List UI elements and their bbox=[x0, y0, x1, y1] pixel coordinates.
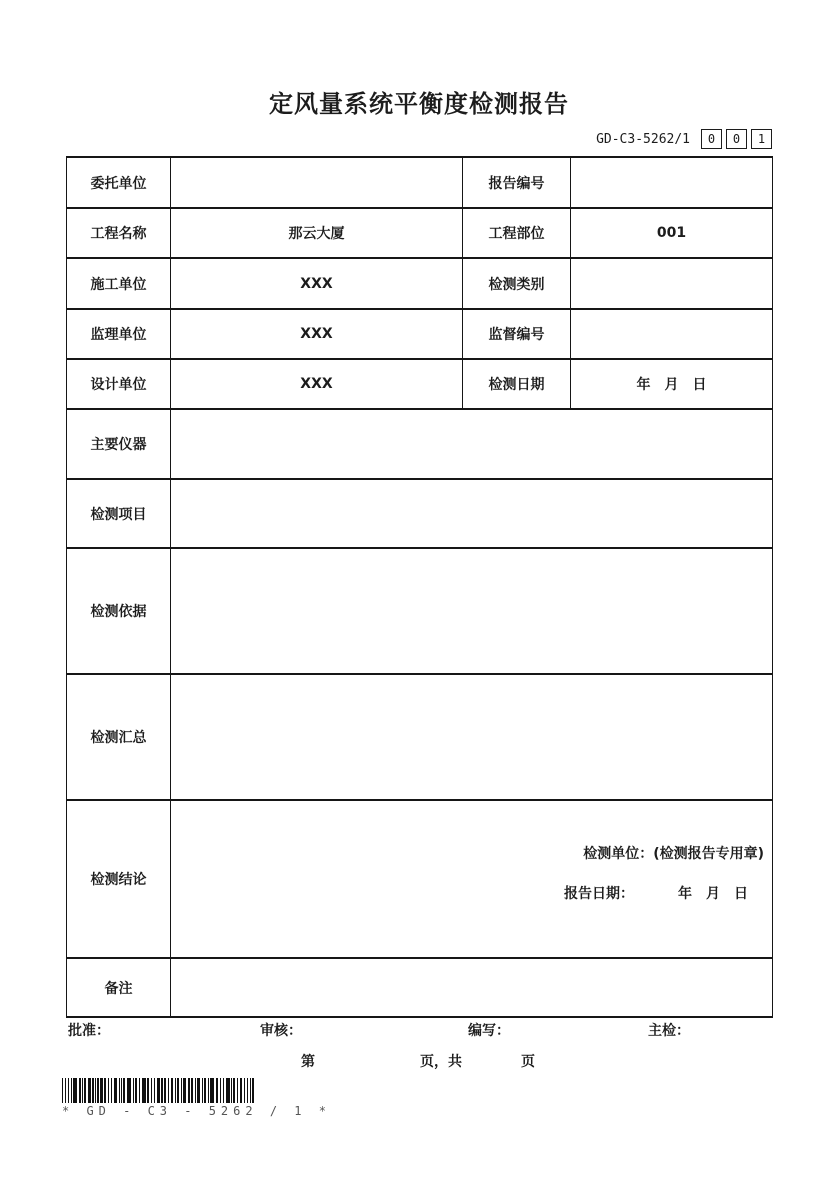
form-code-line: GD-C3-5262/1 0 0 1 bbox=[596, 129, 772, 149]
report-form-table: 委托单位 报告编号 工程名称 那云大厦 工程部位 001 施工单位 XXX 检测… bbox=[66, 156, 773, 1018]
barcode-bars bbox=[62, 1078, 331, 1103]
label-project-name: 工程名称 bbox=[67, 208, 171, 258]
field-main-instruments[interactable] bbox=[171, 409, 773, 479]
testing-unit-stamp-line: 检测单位：(检测报告专用章) bbox=[583, 843, 764, 863]
page-suffix: 页 bbox=[521, 1051, 535, 1071]
form-code-text: GD-C3-5262/1 bbox=[596, 132, 690, 147]
review-label: 审核： bbox=[260, 1020, 302, 1040]
approve-label: 批准： bbox=[68, 1020, 110, 1040]
field-test-conclusion[interactable]: 检测单位：(检测报告专用章) 报告日期：年 月 日 bbox=[171, 800, 773, 958]
label-supervision-unit: 监理单位 bbox=[67, 309, 171, 359]
document-page: 定风量系统平衡度检测报告 GD-C3-5262/1 0 0 1 委托单位 报告编… bbox=[0, 0, 838, 1186]
field-test-items[interactable] bbox=[171, 479, 773, 548]
field-remarks[interactable] bbox=[171, 958, 773, 1017]
table-row: 检测依据 bbox=[67, 548, 773, 674]
field-test-basis[interactable] bbox=[171, 548, 773, 674]
barcode-text: * GD - C3 - 5262 / 1 * bbox=[62, 1104, 331, 1118]
field-design-unit[interactable]: XXX bbox=[171, 359, 463, 409]
table-row: 检测汇总 bbox=[67, 674, 773, 800]
inspect-label: 主检： bbox=[648, 1020, 690, 1040]
label-client-unit: 委托单位 bbox=[67, 157, 171, 208]
report-date-value: 年 月 日 bbox=[678, 886, 748, 902]
table-row: 施工单位 XXX 检测类别 bbox=[67, 258, 773, 309]
field-test-category[interactable] bbox=[571, 258, 773, 309]
label-project-part: 工程部位 bbox=[463, 208, 571, 258]
field-test-summary[interactable] bbox=[171, 674, 773, 800]
label-supervision-number: 监督编号 bbox=[463, 309, 571, 359]
label-design-unit: 设计单位 bbox=[67, 359, 171, 409]
report-date-line: 报告日期：年 月 日 bbox=[564, 883, 764, 903]
field-test-date[interactable]: 年 月 日 bbox=[571, 359, 773, 409]
table-row: 主要仪器 bbox=[67, 409, 773, 479]
table-row: 委托单位 报告编号 bbox=[67, 157, 773, 208]
code-box-3: 1 bbox=[751, 129, 772, 149]
label-test-category: 检测类别 bbox=[463, 258, 571, 309]
page-prefix: 第 bbox=[301, 1051, 315, 1071]
label-test-conclusion: 检测结论 bbox=[67, 800, 171, 958]
field-project-name[interactable]: 那云大厦 bbox=[171, 208, 463, 258]
label-test-summary: 检测汇总 bbox=[67, 674, 171, 800]
page-title: 定风量系统平衡度检测报告 bbox=[0, 84, 838, 119]
table-row: 工程名称 那云大厦 工程部位 001 bbox=[67, 208, 773, 258]
field-construction-unit[interactable]: XXX bbox=[171, 258, 463, 309]
barcode: * GD - C3 - 5262 / 1 * bbox=[62, 1078, 331, 1118]
label-remarks: 备注 bbox=[67, 958, 171, 1017]
label-main-instruments: 主要仪器 bbox=[67, 409, 171, 479]
field-project-part[interactable]: 001 bbox=[571, 208, 773, 258]
table-row: 设计单位 XXX 检测日期 年 月 日 bbox=[67, 359, 773, 409]
field-client-unit[interactable] bbox=[171, 157, 463, 208]
label-test-basis: 检测依据 bbox=[67, 548, 171, 674]
label-report-number: 报告编号 bbox=[463, 157, 571, 208]
conclusion-stamp-block: 检测单位：(检测报告专用章) 报告日期：年 月 日 bbox=[171, 843, 772, 915]
write-label: 编写： bbox=[468, 1020, 510, 1040]
code-box-1: 0 bbox=[701, 129, 722, 149]
code-box-2: 0 bbox=[726, 129, 747, 149]
table-row: 监理单位 XXX 监督编号 bbox=[67, 309, 773, 359]
table-row: 备注 bbox=[67, 958, 773, 1017]
report-date-label: 报告日期： bbox=[564, 886, 634, 902]
page-middle: 页，共 bbox=[420, 1051, 462, 1071]
table-row: 检测结论 检测单位：(检测报告专用章) 报告日期：年 月 日 bbox=[67, 800, 773, 958]
field-supervision-number[interactable] bbox=[571, 309, 773, 359]
table-row: 检测项目 bbox=[67, 479, 773, 548]
label-test-items: 检测项目 bbox=[67, 479, 171, 548]
label-construction-unit: 施工单位 bbox=[67, 258, 171, 309]
field-report-number[interactable] bbox=[571, 157, 773, 208]
label-test-date: 检测日期 bbox=[463, 359, 571, 409]
field-supervision-unit[interactable]: XXX bbox=[171, 309, 463, 359]
